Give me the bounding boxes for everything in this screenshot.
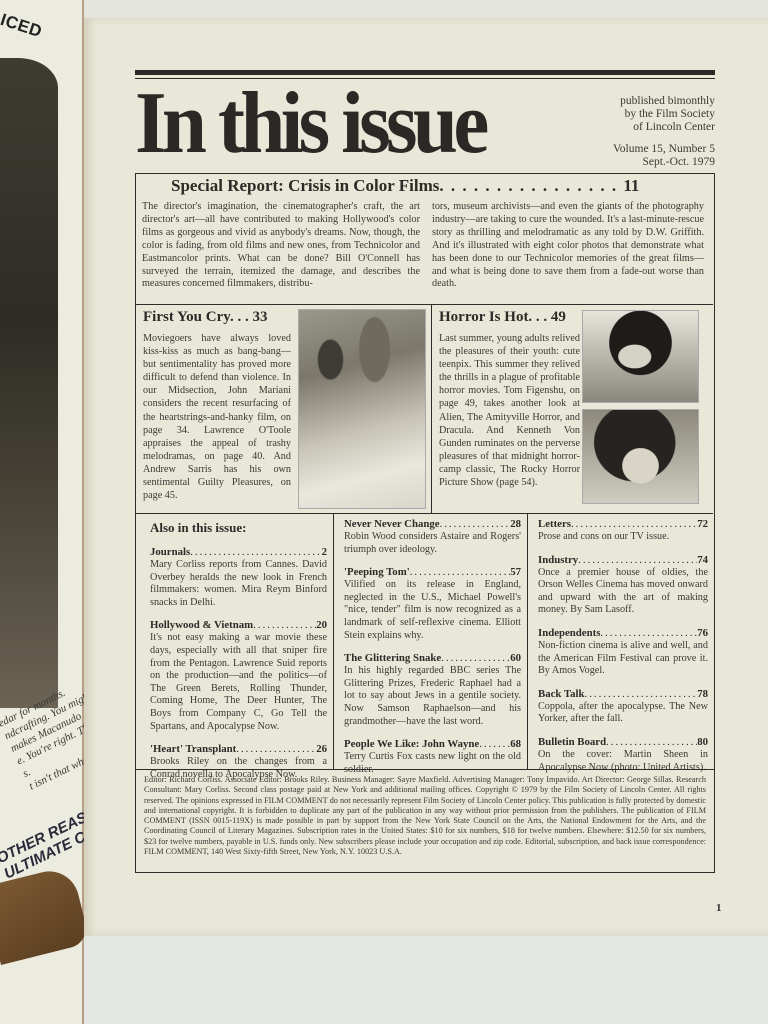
photo-rocky-horror bbox=[582, 409, 699, 504]
issue-date: Sept.-Oct. 1979 bbox=[575, 156, 715, 169]
photo-dracula bbox=[582, 310, 699, 403]
photo-couple bbox=[298, 309, 426, 509]
ad-top-text: ICED bbox=[0, 10, 45, 42]
table-of-contents: Special Report: Crisis in Color Films. .… bbox=[135, 173, 715, 873]
also-column-1: Also in this issue: Journals2 Mary Corli… bbox=[136, 514, 334, 769]
special-report-heading: Special Report: Crisis in Color Films. .… bbox=[171, 176, 639, 196]
publication-info: published bimonthly by the Film Society … bbox=[575, 95, 715, 169]
toc-entry: Hollywood & Vietnam20 It's not easy maki… bbox=[150, 619, 327, 733]
feature-text: Last summer, young adults relived the pl… bbox=[439, 332, 580, 489]
page-title: In this issue bbox=[135, 74, 485, 174]
bottom-surface bbox=[60, 935, 768, 1024]
left-facing-page-ad: ICED edar for months. ndcrafting. You mi… bbox=[0, 0, 84, 1024]
also-column-3: Letters72 Prose and cons on our TV issue… bbox=[528, 514, 714, 769]
toc-entry: Industry74 Once a premier house of oldie… bbox=[538, 554, 708, 617]
toc-entry: Independents76 Non-fiction cinema is ali… bbox=[538, 627, 708, 678]
special-report: Special Report: Crisis in Color Films. .… bbox=[136, 174, 713, 305]
toc-entry: Letters72 Prose and cons on our TV issue… bbox=[538, 518, 708, 544]
toc-entry: Back Talk78 Coppola, after the apocalyps… bbox=[538, 688, 708, 726]
also-heading: Also in this issue: bbox=[150, 520, 333, 536]
toc-entry: Never Never Change28 Robin Wood consider… bbox=[344, 518, 521, 556]
feature-title: Horror Is Hot. . . 49 bbox=[439, 309, 566, 326]
ad-photo bbox=[0, 58, 58, 708]
also-column-2: Never Never Change28 Robin Wood consider… bbox=[334, 514, 528, 769]
feature-first-you-cry: First You Cry. . . 33 Moviegoers have al… bbox=[136, 305, 432, 514]
toc-entry: 'Peeping Tom'57 Vilified on its release … bbox=[344, 566, 521, 642]
feature-text: Moviegoers have always loved kiss-kiss a… bbox=[143, 332, 291, 502]
special-report-text-col2: tors, museum archivists—and even the gia… bbox=[432, 201, 704, 291]
masthead-credits: Editor: Richard Corliss. Associate Edito… bbox=[136, 769, 714, 873]
toc-entry: The Glittering Snake60 In his highly reg… bbox=[344, 652, 521, 728]
feature-horror-is-hot: Horror Is Hot. . . 49 Last summer, young… bbox=[432, 305, 713, 514]
volume-number: Volume 15, Number 5 bbox=[575, 143, 715, 156]
feature-title: First You Cry. . . 33 bbox=[143, 309, 267, 326]
toc-entry: Journals2 Mary Corliss reports from Cann… bbox=[150, 546, 327, 609]
cigar-image bbox=[0, 865, 90, 965]
page-number: 1 bbox=[716, 902, 722, 914]
special-report-text-col1: The director's imagination, the cinemato… bbox=[142, 201, 420, 291]
